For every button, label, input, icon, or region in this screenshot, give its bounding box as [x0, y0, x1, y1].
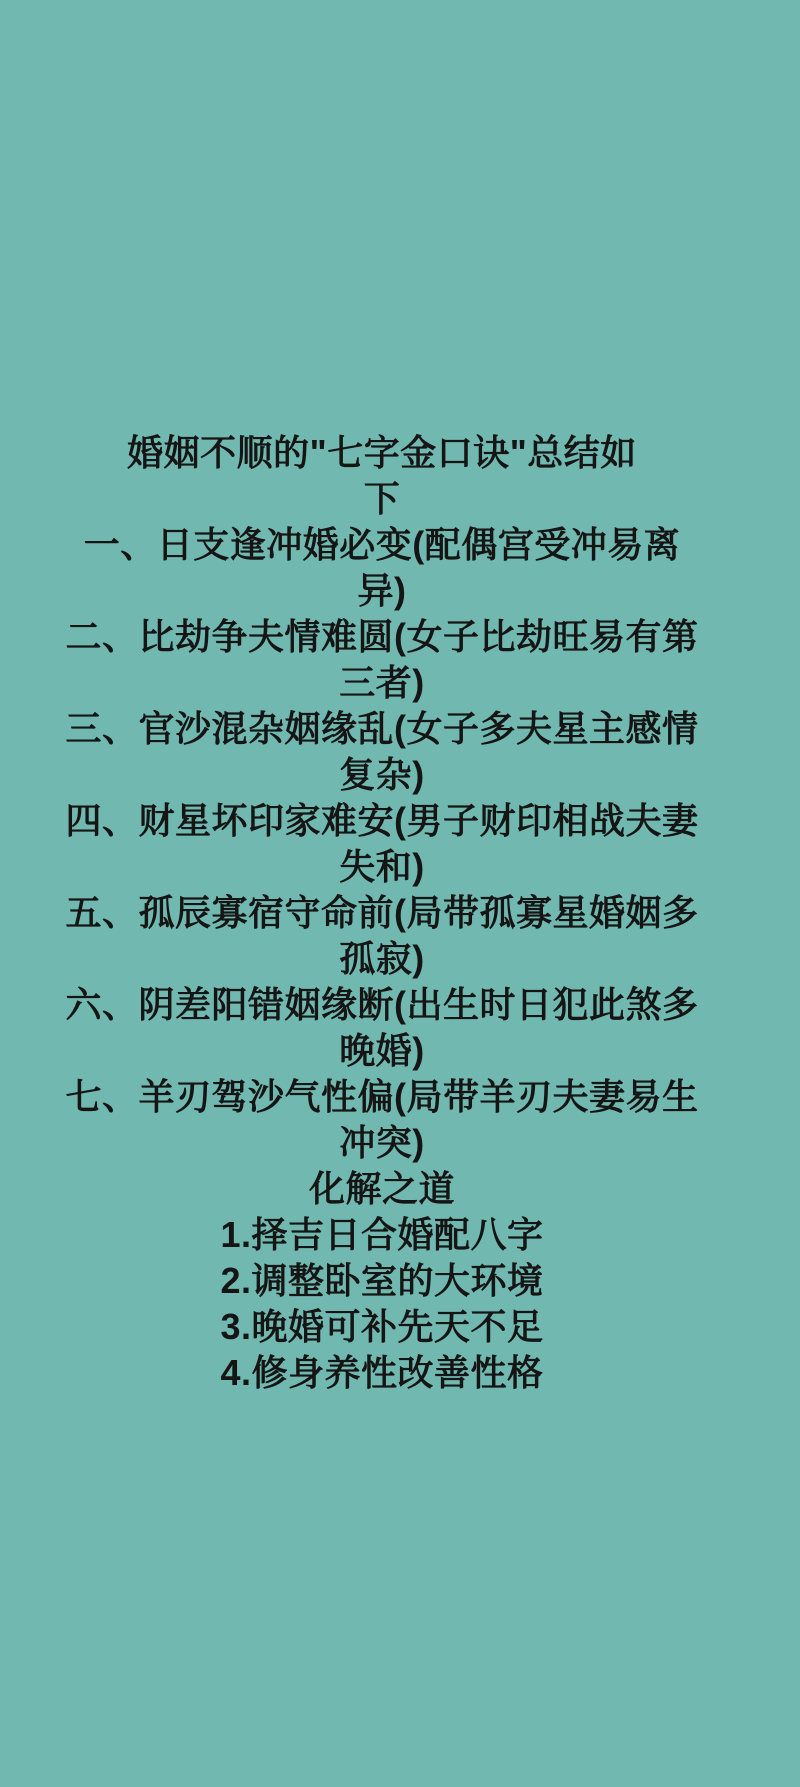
rule-item-4: 四、财星坏印家难安(男子财印相战夫妻 失和) — [42, 798, 722, 890]
page-background: 婚姻不顺的"七字金口诀"总结如 下 一、日支逢冲婚必变(配偶宫受冲易离 异) 二… — [0, 0, 800, 1787]
rule-item-3: 三、官沙混杂姻缘乱(女子多夫星主感情 复杂) — [42, 706, 722, 798]
remedy-step-4: 4.修身养性改善性格 — [42, 1350, 722, 1396]
remedy-step-1: 1.择吉日合婚配八字 — [42, 1212, 722, 1258]
remedy-step-3: 3.晚婚可补先天不足 — [42, 1304, 722, 1350]
rule-item-7: 七、羊刃驾沙气性偏(局带羊刃夫妻易生 冲突) — [42, 1074, 722, 1166]
card-title: 婚姻不顺的"七字金口诀"总结如 下 — [42, 430, 722, 522]
remedy-heading: 化解之道 — [42, 1166, 722, 1212]
remedy-step-2: 2.调整卧室的大环境 — [42, 1258, 722, 1304]
rule-item-6: 六、阴差阳错姻缘断(出生时日犯此煞多 晚婚) — [42, 982, 722, 1074]
quote-card: 婚姻不顺的"七字金口诀"总结如 下 一、日支逢冲婚必变(配偶宫受冲易离 异) 二… — [42, 430, 722, 1396]
rule-item-5: 五、孤辰寡宿守命前(局带孤寡星婚姻多 孤寂) — [42, 890, 722, 982]
rule-item-2: 二、比劫争夫情难圆(女子比劫旺易有第 三者) — [42, 614, 722, 706]
rule-item-1: 一、日支逢冲婚必变(配偶宫受冲易离 异) — [42, 522, 722, 614]
